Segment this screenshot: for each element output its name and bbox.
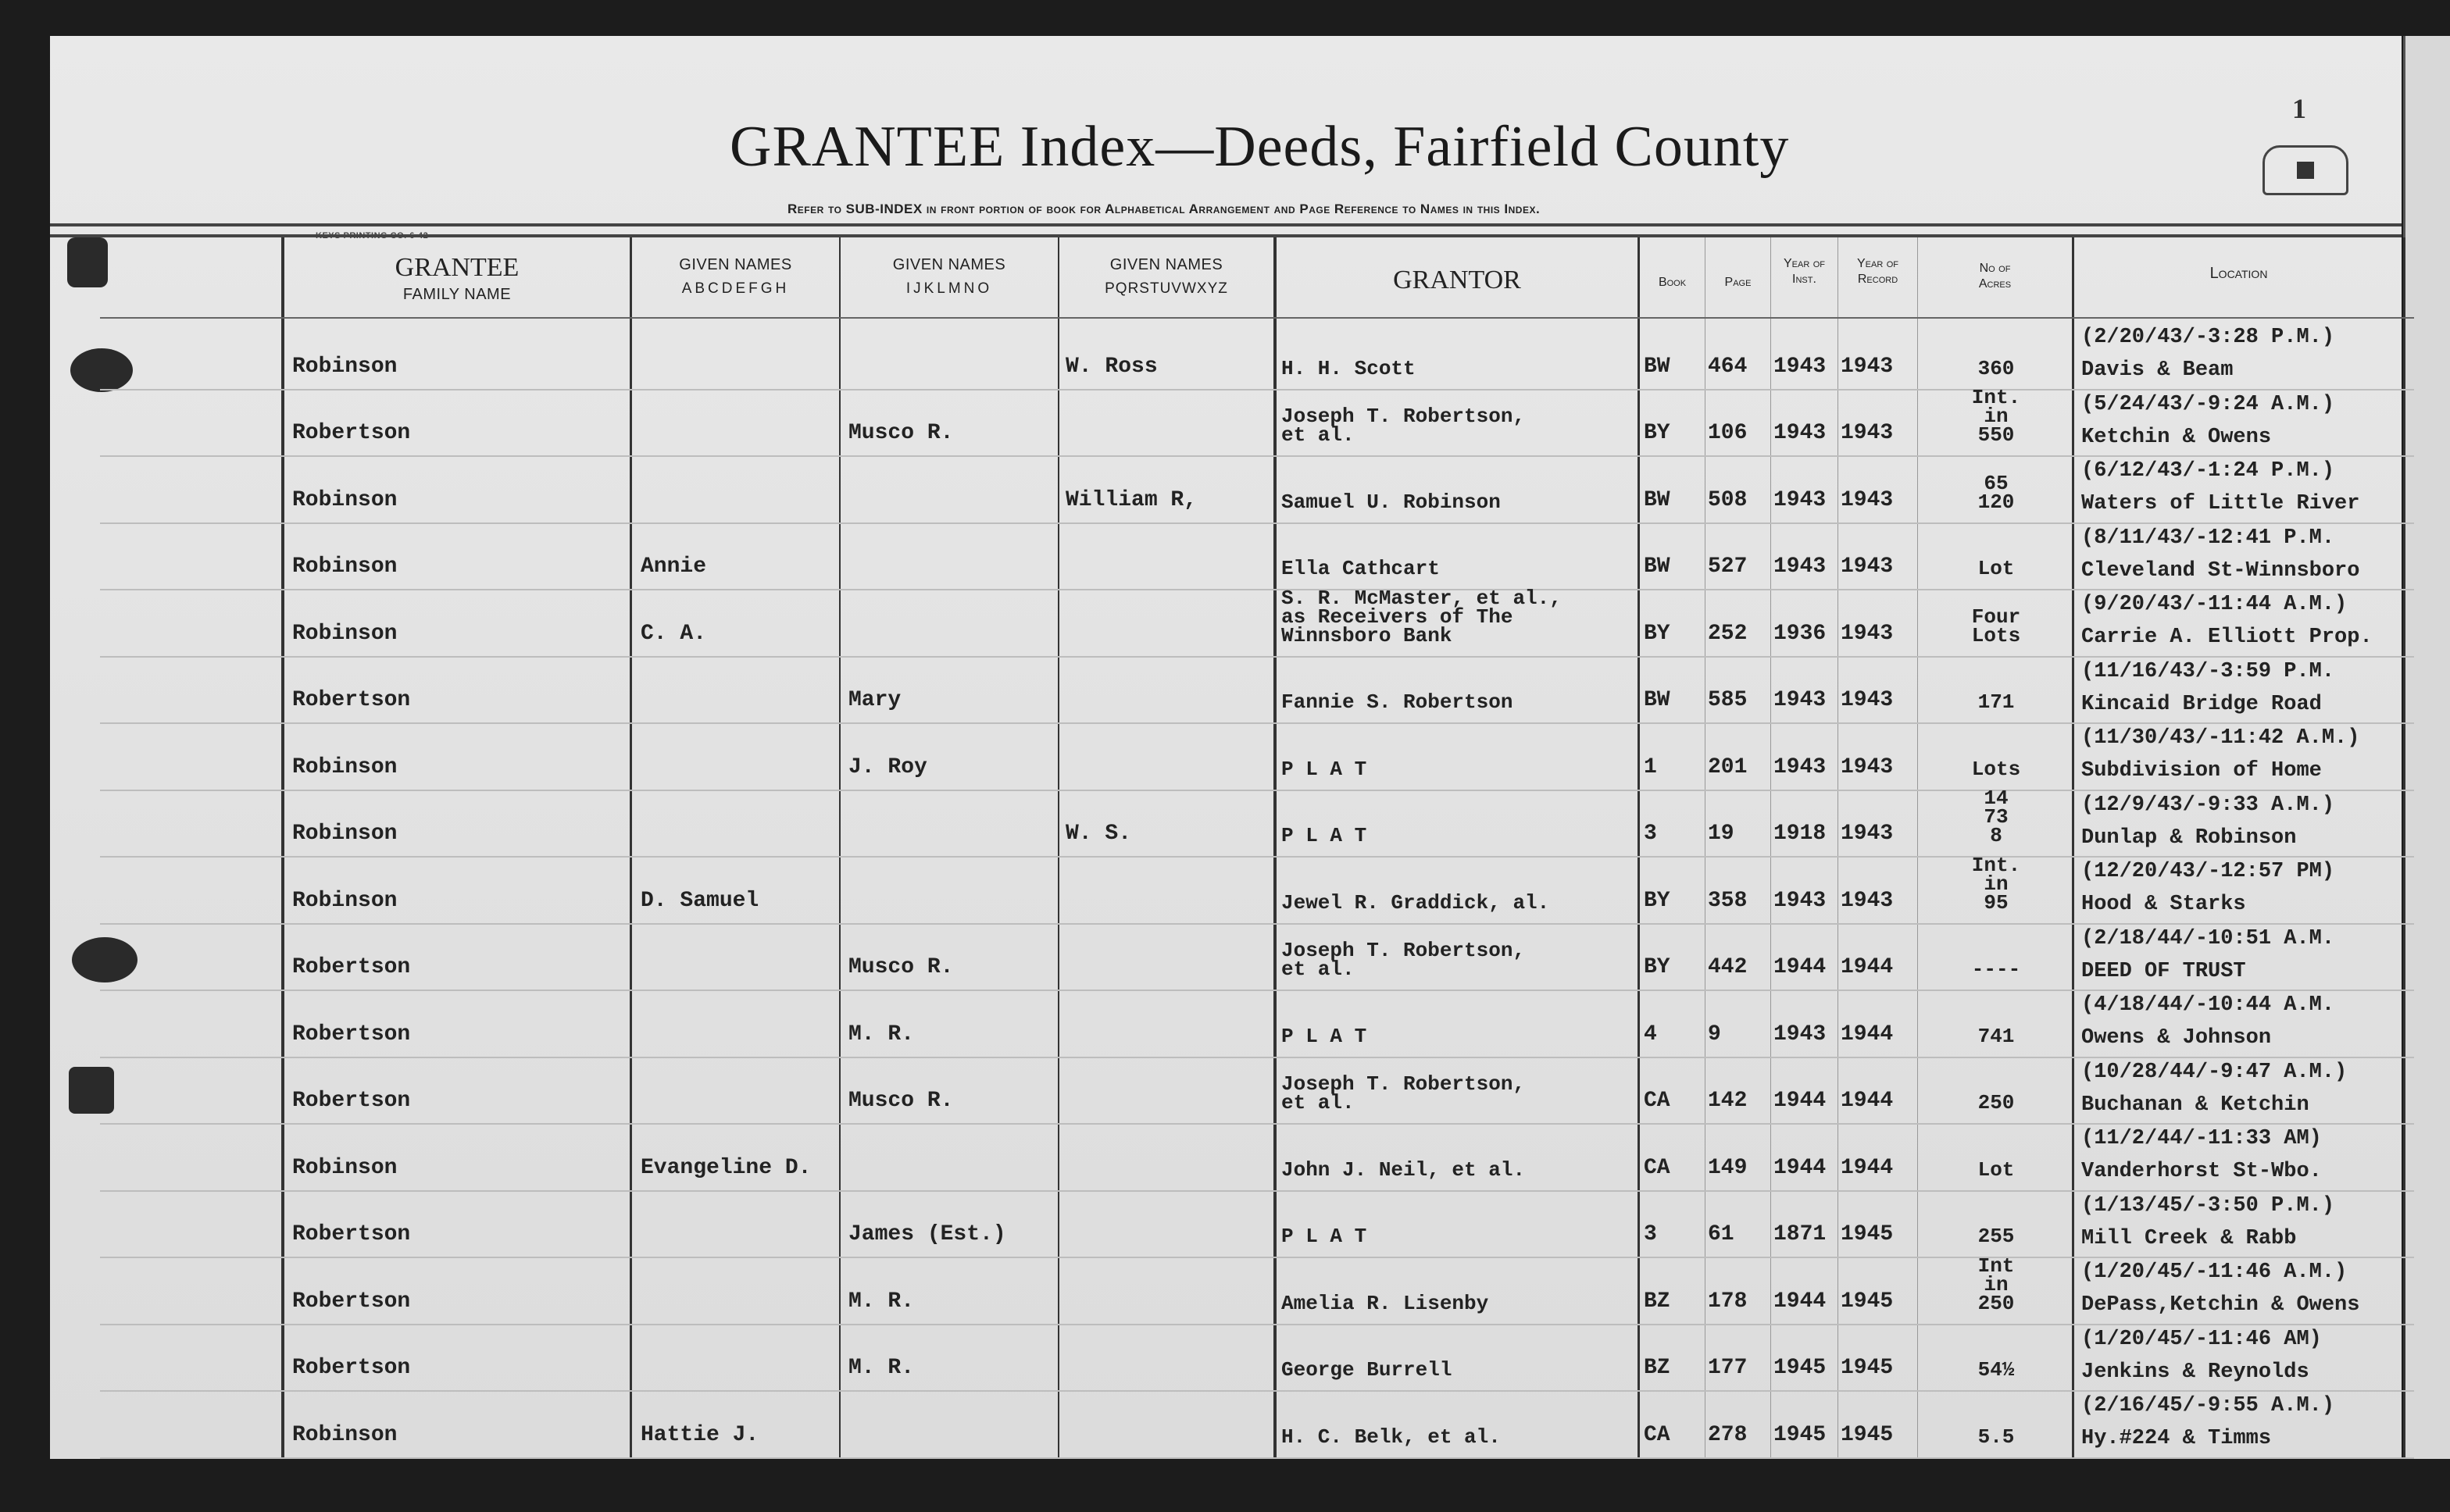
location-place: Subdivision of Home [2081, 754, 2322, 788]
header-given-p-z: GIVEN NAMES PQRSTUVWXYZ [1059, 253, 1273, 298]
page-number-cell: 149 [1708, 1157, 1769, 1179]
page-number-cell: 106 [1708, 423, 1769, 444]
book-number: BY [1644, 423, 1702, 444]
location-place: Dunlap & Robinson [2081, 821, 2296, 855]
book-number: BY [1644, 890, 1702, 912]
grantee-family-name: Robertson [292, 1291, 605, 1313]
table-row: RobinsonAnnieElla CathcartBW52719431943L… [281, 522, 2414, 590]
year-of-record: 1943 [1841, 490, 1916, 512]
year-of-record: 1945 [1841, 1425, 1916, 1446]
number-of-acres: Int. in 95 [1922, 856, 2070, 912]
grantor-name: P L A T [1281, 760, 1637, 779]
table-row: RobinsonHattie J.H. C. Belk, et al.CA278… [281, 1390, 2414, 1457]
book-number: 3 [1644, 823, 1702, 845]
grantor-name: Ella Cathcart [1281, 559, 1637, 578]
grantor-name: Fannie S. Robertson [1281, 693, 1637, 711]
grantee-family-name: Robertson [292, 1024, 605, 1046]
location-recorded-time: (6/12/43/-1:24 P.M.) [2081, 454, 2334, 488]
location-place: Carrie A. Elliott Prop. [2081, 620, 2373, 654]
location-recorded-time: (4/18/44/-10:44 A.M. [2081, 988, 2334, 1022]
stamp-box [2262, 145, 2348, 195]
number-of-acres: Four Lots [1922, 608, 2070, 645]
header-given-title: GIVEN NAMES [1059, 256, 1273, 274]
year-of-instrument: 1943 [1773, 423, 1836, 444]
location-recorded-time: (12/20/43/-12:57 PM) [2081, 854, 2334, 889]
year-of-record: 1945 [1841, 1291, 1916, 1313]
given-name-i-o: Mary [848, 690, 1052, 711]
header-acres-label: No of Acres [1968, 261, 2023, 292]
year-of-record: 1944 [1841, 1090, 1916, 1112]
table-row: RobinsonW. S.P L A T3191918194314 73 8(1… [281, 790, 2414, 857]
deed-index-table: GRANTEE FAMILY NAME GIVEN NAMES ABCDEFGH… [281, 237, 2414, 1495]
given-name-p-z: W. Ross [1066, 356, 1269, 378]
header-book-label: Book [1640, 275, 1705, 291]
header-year-record-label: Year of Record [1838, 256, 1917, 287]
grantee-family-name: Robinson [292, 1157, 605, 1179]
book-number: 1 [1644, 757, 1702, 779]
header-grantor-title: GRANTOR [1277, 266, 1637, 295]
table-row: RobertsonM. R.Amelia R. LisenbyBZ1781944… [281, 1257, 2414, 1324]
page-number-cell: 142 [1708, 1090, 1769, 1112]
book-number: BZ [1644, 1357, 1702, 1379]
grantor-name: George Burrell [1281, 1360, 1637, 1379]
grantor-name: H. C. Belk, et al. [1281, 1428, 1637, 1446]
table-row: RobertsonJames (Est.)P L A T361187119452… [281, 1190, 2414, 1257]
location-recorded-time: (8/11/43/-12:41 P.M. [2081, 521, 2334, 555]
year-of-record: 1945 [1841, 1224, 1916, 1246]
given-name-p-z: W. S. [1066, 823, 1269, 845]
table-row: RobertsonMusco R.Joseph T. Robertson, et… [281, 923, 2414, 990]
page-number-cell: 442 [1708, 957, 1769, 979]
row-divider [100, 317, 2414, 319]
year-of-instrument: 1943 [1773, 890, 1836, 912]
year-of-record: 1943 [1841, 423, 1916, 444]
page-number: 1 [2292, 92, 2306, 125]
year-of-instrument: 1943 [1773, 556, 1836, 578]
header-given-title: GIVEN NAMES [841, 256, 1058, 274]
table-row: RobinsonJ. RoyP L A T120119431943Lots(11… [281, 722, 2414, 790]
header-acres: No of Acres [1918, 261, 2072, 292]
given-name-i-o: M. R. [848, 1291, 1052, 1313]
number-of-acres: Lot [1922, 1161, 2070, 1179]
binder-hole-square-icon [67, 237, 108, 287]
table-row: RobinsonEvangeline D.John J. Neil, et al… [281, 1123, 2414, 1190]
year-of-record: 1945 [1841, 1357, 1916, 1379]
page-number-cell: 252 [1708, 623, 1769, 645]
year-of-instrument: 1944 [1773, 957, 1836, 979]
location-recorded-time: (12/9/43/-9:33 A.M.) [2081, 788, 2334, 822]
grantee-family-name: Robinson [292, 556, 605, 578]
header-given-a-h: GIVEN NAMES ABCDEFGH [632, 253, 839, 298]
year-of-instrument: 1945 [1773, 1357, 1836, 1379]
ledger-page: GRANTEE Index—Deeds, Fairfield County Re… [50, 36, 2402, 1459]
book-number: BY [1644, 623, 1702, 645]
grantee-family-name: Robertson [292, 1357, 605, 1379]
table-row: RobinsonW. RossH. H. ScottBW464194319433… [281, 322, 2414, 389]
number-of-acres: 250 [1922, 1093, 2070, 1112]
number-of-acres: ---- [1922, 960, 2070, 979]
book-number: 4 [1644, 1024, 1702, 1046]
book-number: BZ [1644, 1291, 1702, 1313]
number-of-acres: 65 120 [1922, 474, 2070, 512]
header-grantee-sub: FAMILY NAME [284, 286, 630, 304]
header-grantee-title: GRANTEE [284, 253, 630, 283]
number-of-acres: 741 [1922, 1027, 2070, 1046]
grantee-family-name: Robinson [292, 823, 605, 845]
grantor-name: Samuel U. Robinson [1281, 493, 1637, 512]
given-name-a-h: Evangeline D. [641, 1157, 836, 1179]
page-number-cell: 527 [1708, 556, 1769, 578]
location-recorded-time: (2/18/44/-10:51 A.M. [2081, 922, 2334, 956]
location-place: Ketchin & Owens [2081, 420, 2271, 455]
book-number: BW [1644, 356, 1702, 378]
grantee-family-name: Robinson [292, 623, 605, 645]
table-row: RobertsonM. R.P L A T4919431944741(4/18/… [281, 990, 2414, 1057]
header-location-label: Location [2074, 266, 2403, 281]
grantor-name: Jewel R. Graddick, al. [1281, 893, 1637, 912]
header-grantor: GRANTOR [1277, 266, 1637, 295]
header-given-title: GIVEN NAMES [632, 256, 839, 274]
location-place: Cleveland St-Winnsboro [2081, 554, 2359, 588]
grantor-name: Amelia R. Lisenby [1281, 1294, 1637, 1313]
location-recorded-time: (2/16/45/-9:55 A.M.) [2081, 1389, 2334, 1423]
page-number-cell: 464 [1708, 356, 1769, 378]
table-row: RobinsonD. SamuelJewel R. Graddick, al.B… [281, 856, 2414, 923]
header-given-letters: IJKLMNO [841, 280, 1058, 298]
book-number: CA [1644, 1090, 1702, 1112]
year-of-instrument: 1943 [1773, 356, 1836, 378]
location-place: Hood & Starks [2081, 887, 2246, 922]
book-number: BY [1644, 957, 1702, 979]
location-recorded-time: (11/2/44/-11:33 AM) [2081, 1122, 2322, 1156]
year-of-instrument: 1943 [1773, 690, 1836, 711]
number-of-acres: Lot [1922, 559, 2070, 578]
year-of-record: 1943 [1841, 823, 1916, 845]
table-row: RobertsonMaryFannie S. RobertsonBW585194… [281, 656, 2414, 723]
grantor-name: P L A T [1281, 826, 1637, 845]
location-recorded-time: (1/13/45/-3:50 P.M.) [2081, 1189, 2334, 1223]
binder-hole-round-icon [72, 937, 137, 982]
grantee-family-name: Robinson [292, 1425, 605, 1446]
location-place: Davis & Beam [2081, 353, 2233, 387]
given-name-i-o: M. R. [848, 1024, 1052, 1046]
grantee-family-name: Robinson [292, 757, 605, 779]
grantee-family-name: Robinson [292, 890, 605, 912]
location-recorded-time: (11/30/43/-11:42 A.M.) [2081, 721, 2359, 755]
year-of-instrument: 1944 [1773, 1291, 1836, 1313]
year-of-record: 1943 [1841, 890, 1916, 912]
binder-hole-round-icon [70, 348, 133, 392]
number-of-acres: Int. in 550 [1922, 388, 2070, 444]
location-place: DePass,Ketchin & Owens [2081, 1288, 2359, 1322]
header-year-inst: Year of Inst. [1771, 256, 1837, 287]
grantor-name: John J. Neil, et al. [1281, 1161, 1637, 1179]
location-place: Kincaid Bridge Road [2081, 687, 2322, 722]
location-place: Waters of Little River [2081, 487, 2359, 521]
number-of-acres: 171 [1922, 693, 2070, 711]
header-page-label: Page [1705, 275, 1770, 291]
header-location: Location [2074, 266, 2403, 281]
location-recorded-time: (9/20/43/-11:44 A.M.) [2081, 587, 2347, 622]
header-year-inst-label: Year of Inst. [1771, 256, 1837, 287]
year-of-instrument: 1936 [1773, 623, 1836, 645]
book-number: CA [1644, 1157, 1702, 1179]
year-of-record: 1944 [1841, 1157, 1916, 1179]
year-of-instrument: 1945 [1773, 1425, 1836, 1446]
year-of-instrument: 1944 [1773, 1157, 1836, 1179]
year-of-record: 1943 [1841, 556, 1916, 578]
page-number-cell: 278 [1708, 1425, 1769, 1446]
year-of-instrument: 1944 [1773, 1090, 1836, 1112]
table-row: RobinsonC. A.S. R. McMaster, et al., as … [281, 589, 2414, 656]
location-place: Vanderhorst St-Wbo. [2081, 1154, 2322, 1189]
given-name-a-h: Hattie J. [641, 1425, 836, 1446]
location-place: Owens & Johnson [2081, 1021, 2271, 1055]
row-divider [100, 1457, 2414, 1459]
location-place: DEED OF TRUST [2081, 954, 2246, 989]
grantor-name: P L A T [1281, 1227, 1637, 1246]
book-number: BW [1644, 490, 1702, 512]
grantee-family-name: Robertson [292, 957, 605, 979]
year-of-instrument: 1918 [1773, 823, 1836, 845]
page-number-cell: 9 [1708, 1024, 1769, 1046]
year-of-record: 1944 [1841, 957, 1916, 979]
location-recorded-time: (1/20/45/-11:46 A.M.) [2081, 1255, 2347, 1289]
page-number-cell: 585 [1708, 690, 1769, 711]
location-recorded-time: (2/20/43/-3:28 P.M.) [2081, 320, 2334, 355]
page-number-cell: 61 [1708, 1224, 1769, 1246]
location-place: Mill Creek & Rabb [2081, 1221, 2296, 1256]
location-recorded-time: (5/24/43/-9:24 A.M.) [2081, 387, 2334, 422]
given-name-i-o: Musco R. [848, 957, 1052, 979]
header-given-letters: ABCDEFGH [632, 280, 839, 298]
grantor-name: Joseph T. Robertson, et al. [1281, 1075, 1637, 1112]
given-name-i-o: M. R. [848, 1357, 1052, 1379]
grantor-name: S. R. McMaster, et al., as Receivers of … [1281, 589, 1637, 645]
header-grantee: GRANTEE FAMILY NAME [284, 253, 630, 304]
grantee-family-name: Robinson [292, 356, 605, 378]
header-book: Book [1640, 275, 1705, 291]
year-of-record: 1943 [1841, 623, 1916, 645]
number-of-acres: 360 [1922, 359, 2070, 378]
year-of-record: 1943 [1841, 690, 1916, 711]
grantee-family-name: Robertson [292, 1224, 605, 1246]
header-given-letters: PQRSTUVWXYZ [1059, 280, 1273, 298]
header-page: Page [1705, 275, 1770, 291]
number-of-acres: 255 [1922, 1227, 2070, 1246]
number-of-acres: Lots [1922, 760, 2070, 779]
year-of-instrument: 1943 [1773, 1024, 1836, 1046]
year-of-record: 1943 [1841, 757, 1916, 779]
grantee-family-name: Robertson [292, 1090, 605, 1112]
book-number: BW [1644, 690, 1702, 711]
header-year-record: Year of Record [1838, 256, 1917, 287]
grantor-name: P L A T [1281, 1027, 1637, 1046]
location-recorded-time: (10/28/44/-9:47 A.M.) [2081, 1055, 2347, 1089]
table-row: RobertsonMusco R.Joseph T. Robertson, et… [281, 1057, 2414, 1124]
location-place: Hy.#224 & Timms [2081, 1421, 2271, 1456]
grantor-name: Joseph T. Robertson, et al. [1281, 941, 1637, 979]
given-name-a-h: D. Samuel [641, 890, 836, 912]
number-of-acres: 5.5 [1922, 1428, 2070, 1446]
location-place: Jenkins & Reynolds [2081, 1355, 2309, 1389]
header-given-i-o: GIVEN NAMES IJKLMNO [841, 253, 1058, 298]
grantor-name: H. H. Scott [1281, 359, 1637, 378]
year-of-record: 1943 [1841, 356, 1916, 378]
year-of-instrument: 1943 [1773, 490, 1836, 512]
grantee-family-name: Robertson [292, 423, 605, 444]
book-number: 3 [1644, 1224, 1702, 1246]
given-name-i-o: J. Roy [848, 757, 1052, 779]
table-row: RobertsonMusco R.Joseph T. Robertson, et… [281, 389, 2414, 456]
table-row: RobinsonWilliam R,Samuel U. RobinsonBW50… [281, 455, 2414, 522]
given-name-a-h: C. A. [641, 623, 836, 645]
page-subtitle: Refer to SUB-INDEX in front portion of b… [787, 201, 1540, 217]
number-of-acres: 54½ [1922, 1360, 2070, 1379]
page-number-cell: 19 [1708, 823, 1769, 845]
book-number: BW [1644, 556, 1702, 578]
stamp-mark-icon [2297, 162, 2314, 179]
page-number-cell: 358 [1708, 890, 1769, 912]
year-of-instrument: 1943 [1773, 757, 1836, 779]
page-number-cell: 178 [1708, 1291, 1769, 1313]
grantee-family-name: Robinson [292, 490, 605, 512]
year-of-instrument: 1871 [1773, 1224, 1836, 1246]
given-name-i-o: James (Est.) [848, 1224, 1052, 1246]
page-number-cell: 177 [1708, 1357, 1769, 1379]
given-name-p-z: William R, [1066, 490, 1269, 512]
book-number: CA [1644, 1425, 1702, 1446]
page-title: GRANTEE Index—Deeds, Fairfield County [730, 114, 1902, 180]
location-place: Buchanan & Ketchin [2081, 1088, 2309, 1122]
grantor-name: Joseph T. Robertson, et al. [1281, 407, 1637, 444]
given-name-i-o: Musco R. [848, 423, 1052, 444]
given-name-i-o: Musco R. [848, 1090, 1052, 1112]
page-number-cell: 201 [1708, 757, 1769, 779]
location-recorded-time: (1/20/45/-11:46 AM) [2081, 1322, 2322, 1357]
table-row: RobertsonM. R.George BurrellBZ1771945194… [281, 1324, 2414, 1391]
page-number-cell: 508 [1708, 490, 1769, 512]
grantee-family-name: Robertson [292, 690, 605, 711]
year-of-record: 1944 [1841, 1024, 1916, 1046]
binder-hole-square-icon [69, 1067, 114, 1114]
header-rule [50, 223, 2402, 226]
number-of-acres: Int in 250 [1922, 1257, 2070, 1313]
given-name-a-h: Annie [641, 556, 836, 578]
number-of-acres: 14 73 8 [1922, 789, 2070, 845]
location-recorded-time: (11/16/43/-3:59 P.M. [2081, 654, 2334, 689]
